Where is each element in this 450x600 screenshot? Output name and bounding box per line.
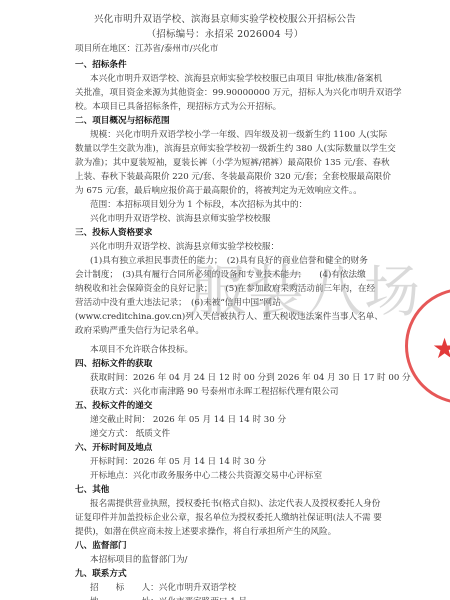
text-line: 递交截止时间： 2026 年 05 月 14 日 14 时 30 分 [90,415,286,426]
text-line: 本项目不允许联合体投标。 [90,345,193,356]
text-line: 开标时间：2026 年 05 月 14 日 14 时 30 分 [90,457,266,468]
tender-notice-document: 兴化市明升双语学校、滨海县京师实验学校校服公开招标公告 （招标编号：永招采 20… [0,0,450,600]
text-line: 获取时间：2026 年 04 月 24 日 12 时 00 分到 2026 年 … [90,373,411,384]
text-line: 本招标项目的监督部门为/ [90,555,187,566]
text-line: 上装、春秋下装最高限价 220 元/套、冬装最高限价 320 元/套；全套校服最… [75,172,391,183]
text-line: 规模：兴化市明升双语学校小学一年级、四年级及初一级新生约 1100 人(实际 [90,130,387,141]
text-line: 校。本项目已具备招标条件，现招标方式为公开招标。 [75,102,281,113]
contact-value: 兴化市明升双语学校 [159,583,236,593]
text-line: 政府采购严重失信行为记录名单。 [75,326,204,337]
text-line: 关批准，项目资金来源为其他资金：99.90000000 万元，招标人为兴化市明升… [75,88,402,99]
section-heading-document-acquisition: 四、招标文件的获取 [75,359,152,370]
text-line: 提供)，如潜在供应商未按上述要求操作，将自行承担所产生的风险。 [75,527,336,538]
bid-number: （招标编号：永招采 2026004 号） [0,26,450,40]
seal-star-icon: ★ [432,332,450,365]
section-heading-qualifications: 三、投标人资格要求 [75,228,152,239]
section-heading-other: 七、其他 [75,485,109,496]
text-line: 为 675 元/套，最后响应报价高于最高限价的，将被判定为无效响应文件。。 [75,186,362,197]
text-line: 款为准)；其中夏装短袖，夏装长裤（小学为短裤/裙裤）最高限价 135 元/套、春… [75,158,390,169]
section-heading-submission: 五、投标文件的递交 [75,401,152,412]
text-line: 证复印件并加盖投标企业公章，报名单位为授权委托人缴纳社保证明(法人不需 要 [75,513,382,524]
contact-row-tenderer: 招 标 人：兴化市明升双语学校 [90,583,236,594]
section-heading-contact: 九、联系方式 [75,569,127,580]
text-line: 范围：本招标项目划分为 1 个标段，本次招标为其中的： [90,200,307,211]
watermark-text: 服装八场 [190,248,422,328]
section-heading-opening: 六、开标时间及地点 [75,443,152,454]
text-line: 获取方式：兴化市南津路 90 号泰州市永晖工程招标代理有限公司 [90,387,338,398]
text-line: 开标地点：兴化市政务服务中心二楼公共资源交易中心评标室 [90,471,322,482]
section-heading-conditions: 一、招标条件 [75,60,127,71]
text-line: 本兴化市明升双语学校、滨海县京师实验学校校服已由项目 审批/核准/备案机 [90,74,382,85]
document-title: 兴化市明升双语学校、滨海县京师实验学校校服公开招标公告 [0,11,450,25]
text-line: 兴化市明升双语学校、滨海县京师实验学校校服 [90,214,270,225]
text-line: 报名需提供营业执照，授权委托书(格式自拟)、法定代表人及授权委托人身份 [90,499,380,510]
project-location: 项目所在地区：江苏省/泰州市/兴化市 [75,44,218,55]
text-line: 递交方式： 纸质文件 [90,429,170,440]
section-heading-overview: 二、项目概况与招标范围 [75,116,170,127]
section-heading-supervision: 八、监督部门 [75,541,127,552]
text-line: 数量以学生交款为准)，滨海县京师实验学校初一级新生约 380 人(实际数量以学生… [75,144,396,155]
contact-label: 招 标 人： [90,583,159,593]
